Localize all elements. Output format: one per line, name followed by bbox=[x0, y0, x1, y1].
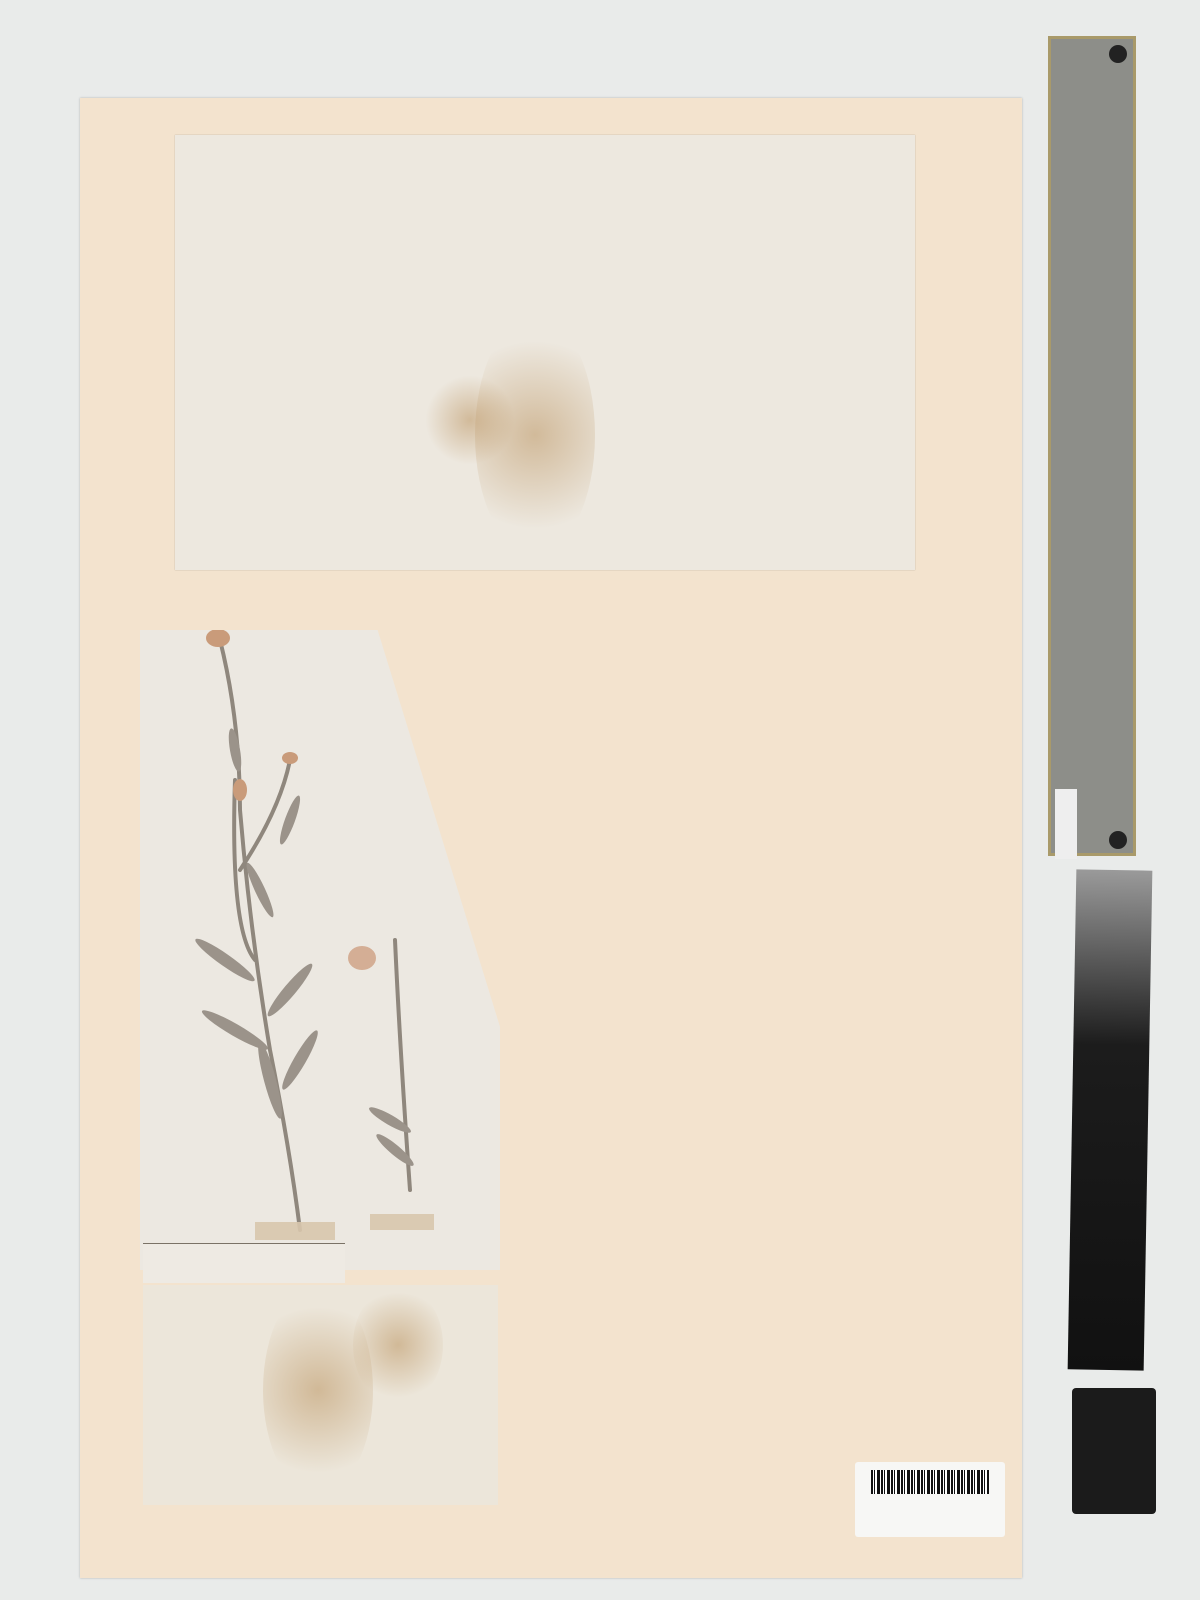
stain bbox=[263, 1285, 373, 1495]
kew-scale-bar bbox=[1068, 869, 1153, 1370]
stain bbox=[353, 1285, 443, 1405]
scale-ticks bbox=[1070, 1019, 1116, 1350]
letter-attachment bbox=[175, 135, 915, 570]
barcode-label bbox=[855, 1462, 1005, 1537]
letter-text bbox=[175, 135, 915, 570]
registration-dot-icon bbox=[1109, 45, 1127, 63]
barcode-icon bbox=[871, 1470, 989, 1494]
plant-specimen-icon bbox=[140, 630, 500, 1270]
copyright-text bbox=[1119, 1000, 1122, 1170]
color-calibration-bar bbox=[1048, 36, 1136, 856]
handwritten-label bbox=[143, 1285, 498, 1505]
color-checker-card bbox=[1072, 1388, 1156, 1514]
printed-herbarium-label bbox=[143, 1243, 345, 1283]
colorbar-code bbox=[1055, 789, 1077, 859]
registration-dot-icon bbox=[1109, 831, 1127, 849]
